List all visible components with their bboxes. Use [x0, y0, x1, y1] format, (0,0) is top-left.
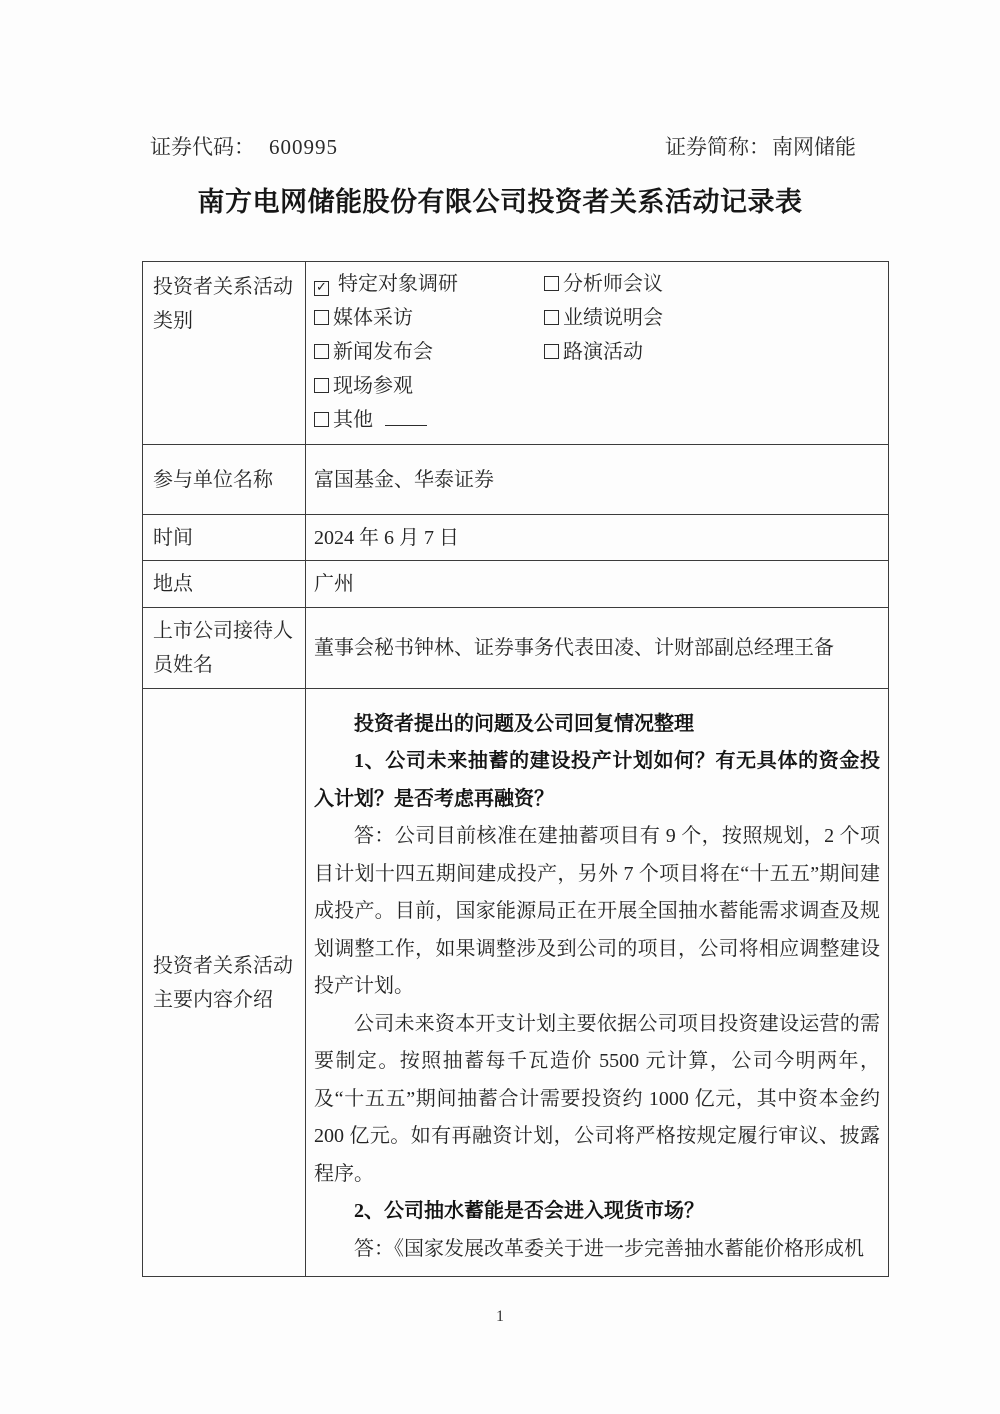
checkbox-line: 其他	[314, 403, 880, 437]
checkbox-line: 现场参观	[314, 369, 880, 403]
checkbox-icon	[314, 344, 329, 359]
stock-name-block: 证券简称：南网储能	[665, 133, 856, 161]
option-label: 特定对象调研	[338, 273, 458, 295]
main-content-label: 投资者关系活动主要内容介绍	[143, 689, 306, 1277]
document-page: 证券代码：600995 证券简称：南网储能 南方电网储能股份有限公司投资者关系活…	[0, 0, 1000, 1414]
option-luyanhuodong: 路演活动	[544, 335, 643, 369]
reception-staff-value: 董事会秘书钟林、证券事务代表田凌、计财部副总经理王备	[306, 608, 889, 689]
row-time: 时间 2024 年 6 月 7 日	[143, 515, 889, 561]
option-xianchangcanguan: 现场参观	[314, 369, 539, 403]
main-content-cell: 投资者提出的问题及公司回复情况整理 1、公司未来抽蓄的建设投产计划如何？有无具体…	[306, 689, 889, 1277]
document-title: 南方电网储能股份有限公司投资者关系活动记录表	[0, 180, 1000, 219]
row-participants: 参与单位名称 富国基金、华泰证券	[143, 445, 889, 515]
stock-name-label: 证券简称：	[665, 135, 770, 159]
answer-2-truncated: 答：《国家发展改革委关于进一步完善抽水蓄能价格形成机	[314, 1231, 880, 1269]
reception-staff-label: 上市公司接待人员姓名	[143, 608, 306, 689]
qa-heading: 投资者提出的问题及公司回复情况整理	[314, 706, 880, 744]
document-header: 证券代码：600995 证券简称：南网储能	[150, 133, 856, 161]
activity-type-options: ✓特定对象调研 分析师会议 媒体采访 业绩说明会 新闻发布会 路演活动 现场参观…	[306, 262, 889, 445]
option-yejishuominghui: 业绩说明会	[544, 301, 663, 335]
stock-name-value: 南网储能	[772, 135, 856, 159]
option-label: 业绩说明会	[563, 307, 663, 329]
option-tedingduixiang: ✓特定对象调研	[314, 267, 539, 301]
option-qita: 其他	[314, 403, 427, 437]
option-label: 现场参观	[333, 375, 413, 397]
other-blank-underline	[385, 409, 427, 426]
participants-label: 参与单位名称	[143, 445, 306, 515]
option-label: 其他	[333, 409, 373, 431]
checkbox-icon	[544, 344, 559, 359]
checkbox-line: 媒体采访 业绩说明会	[314, 301, 880, 335]
question-1: 1、公司未来抽蓄的建设投产计划如何？有无具体的资金投入计划？是否考虑再融资？	[314, 743, 880, 818]
row-reception-staff: 上市公司接待人员姓名 董事会秘书钟林、证券事务代表田凌、计财部副总经理王备	[143, 608, 889, 689]
page-number: 1	[0, 1308, 1000, 1326]
time-value: 2024 年 6 月 7 日	[306, 515, 889, 561]
option-label: 分析师会议	[563, 273, 663, 295]
checkbox-icon	[314, 412, 329, 427]
option-label: 路演活动	[563, 341, 643, 363]
checkbox-icon	[544, 276, 559, 291]
row-location: 地点 广州	[143, 561, 889, 608]
row-main-content: 投资者关系活动主要内容介绍 投资者提出的问题及公司回复情况整理 1、公司未来抽蓄…	[143, 689, 889, 1277]
time-label: 时间	[143, 515, 306, 561]
option-fenxishi: 分析师会议	[544, 267, 663, 301]
participants-value: 富国基金、华泰证券	[306, 445, 889, 515]
option-xinwenfabuhui: 新闻发布会	[314, 335, 539, 369]
stock-code-value: 600995	[269, 135, 338, 159]
option-label: 媒体采访	[333, 307, 413, 329]
location-value: 广州	[306, 561, 889, 608]
checkbox-icon	[544, 310, 559, 325]
stock-code-block: 证券代码：600995	[150, 133, 338, 161]
stock-code-label: 证券代码：	[150, 135, 255, 159]
checkbox-checked-icon: ✓	[314, 281, 329, 296]
investor-relations-record-table: 投资者关系活动类别 ✓特定对象调研 分析师会议 媒体采访 业绩说明会 新闻发布会…	[142, 261, 889, 1277]
location-label: 地点	[143, 561, 306, 608]
answer-1-part-1: 答：公司目前核准在建抽蓄项目有 9 个，按照规划，2 个项目计划十四五期间建成投…	[314, 818, 880, 1006]
checkbox-line: ✓特定对象调研 分析师会议	[314, 267, 880, 301]
option-label: 新闻发布会	[333, 341, 433, 363]
option-meiticaifang: 媒体采访	[314, 301, 539, 335]
checkbox-line: 新闻发布会 路演活动	[314, 335, 880, 369]
activity-type-label: 投资者关系活动类别	[143, 262, 306, 445]
checkbox-icon	[314, 378, 329, 393]
answer-1-part-2: 公司未来资本开支计划主要依据公司项目投资建设运营的需要制定。按照抽蓄每千瓦造价 …	[314, 1006, 880, 1194]
qa-content: 投资者提出的问题及公司回复情况整理 1、公司未来抽蓄的建设投产计划如何？有无具体…	[314, 706, 880, 1269]
row-activity-type: 投资者关系活动类别 ✓特定对象调研 分析师会议 媒体采访 业绩说明会 新闻发布会…	[143, 262, 889, 445]
question-2: 2、公司抽水蓄能是否会进入现货市场？	[314, 1193, 880, 1231]
checkbox-icon	[314, 310, 329, 325]
